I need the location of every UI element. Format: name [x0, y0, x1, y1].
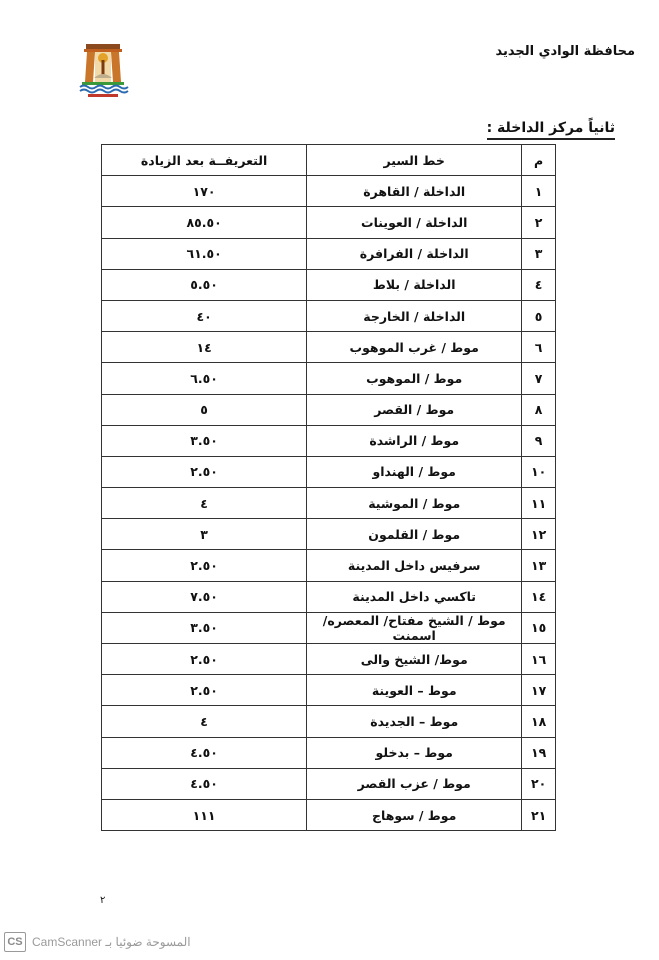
- route-cell: موط / الهنداو: [307, 456, 522, 487]
- fare-cell: ٢.٥٠: [102, 550, 307, 581]
- row-number-cell: ١١: [522, 488, 556, 519]
- route-cell: موط – الجديدة: [307, 706, 522, 737]
- row-number-cell: ٢١: [522, 799, 556, 830]
- table-row: ١٤تاكسي داخل المدينة٧.٥٠: [102, 581, 556, 612]
- route-cell: موط – بدخلو: [307, 737, 522, 768]
- table-row: ٢١موط / سوهاج١١١: [102, 799, 556, 830]
- camscanner-icon: CS: [4, 932, 26, 952]
- table-row: ١١موط / الموشية٤: [102, 488, 556, 519]
- table-row: ١٠موط / الهنداو٢.٥٠: [102, 456, 556, 487]
- fare-cell: ٢.٥٠: [102, 675, 307, 706]
- table-row: ١٦موط/ الشيخ والى٢.٥٠: [102, 644, 556, 675]
- governorate-name: محافظة الوادي الجديد: [495, 44, 635, 59]
- fare-cell: ٥: [102, 394, 307, 425]
- row-number-cell: ٦: [522, 332, 556, 363]
- table-row: ١٨موط – الجديدة٤: [102, 706, 556, 737]
- route-cell: موط / غرب الموهوب: [307, 332, 522, 363]
- row-number-cell: ١٤: [522, 581, 556, 612]
- column-header-route: خط السير: [307, 145, 522, 176]
- table-row: ٣الداخلة / الفرافرة٦١.٥٠: [102, 238, 556, 269]
- table-row: ٨موط / القصر٥: [102, 394, 556, 425]
- row-number-cell: ١٨: [522, 706, 556, 737]
- route-cell: موط / الراشدة: [307, 425, 522, 456]
- fare-cell: ٤٠: [102, 300, 307, 331]
- table-row: ١٥موط / الشيخ مفتاح/ المعصره/ اسمنت٣.٥٠: [102, 612, 556, 643]
- table-row: ٧موط / الموهوب٦.٥٠: [102, 363, 556, 394]
- row-number-cell: ٥: [522, 300, 556, 331]
- row-number-cell: ٢: [522, 207, 556, 238]
- route-cell: سرفيس داخل المدينة: [307, 550, 522, 581]
- route-cell: موط / عزب القصر: [307, 768, 522, 799]
- page-number: ٢: [100, 895, 105, 906]
- fare-cell: ١٧٠: [102, 176, 307, 207]
- row-number-cell: ٨: [522, 394, 556, 425]
- route-cell: الداخلة / القاهرة: [307, 176, 522, 207]
- fare-cell: ٥.٥٠: [102, 269, 307, 300]
- route-cell: موط / الموهوب: [307, 363, 522, 394]
- table-row: ١الداخلة / القاهرة١٧٠: [102, 176, 556, 207]
- row-number-cell: ١: [522, 176, 556, 207]
- table-row: ١٣سرفيس داخل المدينة٢.٥٠: [102, 550, 556, 581]
- row-number-cell: ١٩: [522, 737, 556, 768]
- row-number-cell: ١٦: [522, 644, 556, 675]
- route-cell: الداخلة / بلاط: [307, 269, 522, 300]
- table-row: ١٩موط – بدخلو٤.٥٠: [102, 737, 556, 768]
- fare-table: م خط السير التعريفــة بعد الزيادة ١الداخ…: [101, 144, 556, 831]
- column-header-fare: التعريفــة بعد الزيادة: [102, 145, 307, 176]
- fare-cell: ٤: [102, 488, 307, 519]
- watermark-text: المسوحة ضوئيا بـ CamScanner: [32, 935, 191, 949]
- table-row: ١٧موط – العوينة٢.٥٠: [102, 675, 556, 706]
- row-number-cell: ١٣: [522, 550, 556, 581]
- camscanner-watermark: CS المسوحة ضوئيا بـ CamScanner: [4, 932, 191, 952]
- fare-cell: ٦.٥٠: [102, 363, 307, 394]
- table-header-row: م خط السير التعريفــة بعد الزيادة: [102, 145, 556, 176]
- fare-cell: ٣.٥٠: [102, 612, 307, 643]
- fare-cell: ٨٥.٥٠: [102, 207, 307, 238]
- section-title: ثانياً مركز الداخلة :: [487, 120, 615, 140]
- fare-cell: ٢.٥٠: [102, 644, 307, 675]
- row-number-cell: ١٧: [522, 675, 556, 706]
- route-cell: الداخلة / الخارجة: [307, 300, 522, 331]
- row-number-cell: ٧: [522, 363, 556, 394]
- table-row: ٩موط / الراشدة٣.٥٠: [102, 425, 556, 456]
- row-number-cell: ٣: [522, 238, 556, 269]
- fare-cell: ٣.٥٠: [102, 425, 307, 456]
- row-number-cell: ١٢: [522, 519, 556, 550]
- fare-cell: ١١١: [102, 799, 307, 830]
- route-cell: موط – العوينة: [307, 675, 522, 706]
- table-row: ٥الداخلة / الخارجة٤٠: [102, 300, 556, 331]
- route-cell: موط / سوهاج: [307, 799, 522, 830]
- table-row: ٤الداخلة / بلاط٥.٥٠: [102, 269, 556, 300]
- fare-cell: ٣: [102, 519, 307, 550]
- table-row: ١٢موط / القلمون٣: [102, 519, 556, 550]
- route-cell: موط/ الشيخ والى: [307, 644, 522, 675]
- fare-cell: ٢.٥٠: [102, 456, 307, 487]
- fare-cell: ٦١.٥٠: [102, 238, 307, 269]
- route-cell: تاكسي داخل المدينة: [307, 581, 522, 612]
- route-cell: موط / القصر: [307, 394, 522, 425]
- fare-cell: ٤.٥٠: [102, 737, 307, 768]
- route-cell: الداخلة / الفرافرة: [307, 238, 522, 269]
- row-number-cell: ٢٠: [522, 768, 556, 799]
- fare-cell: ٤.٥٠: [102, 768, 307, 799]
- fare-cell: ١٤: [102, 332, 307, 363]
- route-cell: موط / الموشية: [307, 488, 522, 519]
- table-row: ٢٠موط / عزب القصر٤.٥٠: [102, 768, 556, 799]
- table-row: ٢الداخلة / العوينات٨٥.٥٠: [102, 207, 556, 238]
- row-number-cell: ١٠: [522, 456, 556, 487]
- row-number-cell: ١٥: [522, 612, 556, 643]
- route-cell: موط / الشيخ مفتاح/ المعصره/ اسمنت: [307, 612, 522, 643]
- route-cell: موط / القلمون: [307, 519, 522, 550]
- fare-cell: ٧.٥٠: [102, 581, 307, 612]
- table-row: ٦موط / غرب الموهوب١٤: [102, 332, 556, 363]
- row-number-cell: ٤: [522, 269, 556, 300]
- route-cell: الداخلة / العوينات: [307, 207, 522, 238]
- column-header-number: م: [522, 145, 556, 176]
- fare-cell: ٤: [102, 706, 307, 737]
- governorate-logo-icon: [74, 38, 132, 100]
- row-number-cell: ٩: [522, 425, 556, 456]
